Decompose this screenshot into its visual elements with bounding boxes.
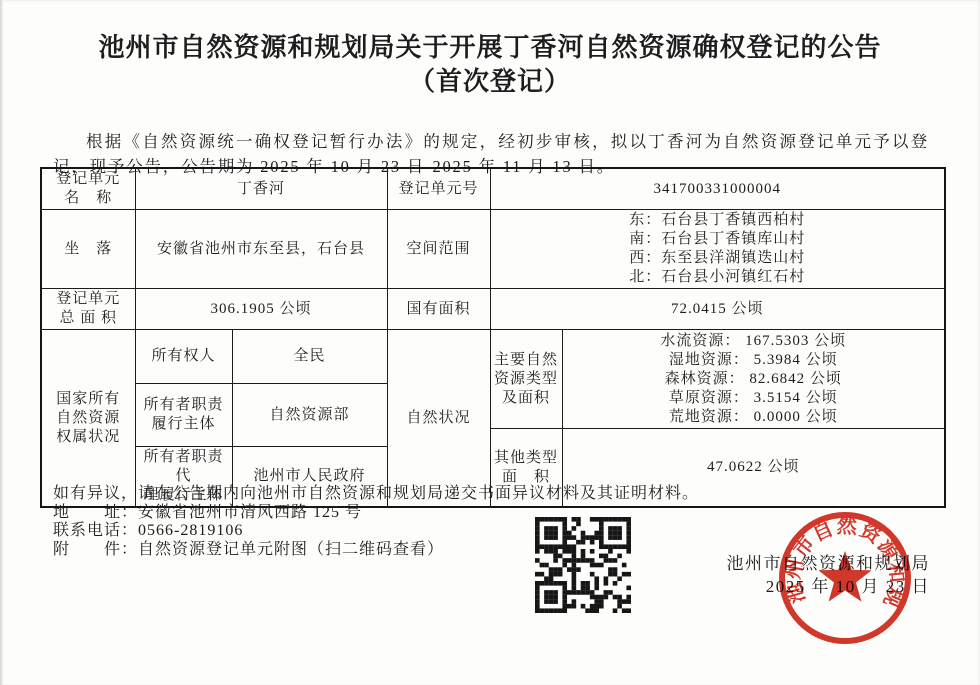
svg-text:池州市自然资源和规划局: 池州市自然资源和规划局 [770, 503, 910, 612]
phone-value: 0566-2819106 [138, 522, 243, 539]
unit-name-label-cell: 登记单元 名 称 [41, 168, 135, 210]
phone-line: 联系电话：0566-2819106 [53, 522, 753, 541]
title-line-1: 池州市自然资源和规划局关于开展丁香河自然资源确权登记的公告 [0, 31, 980, 65]
ownership-section-label-cell: 国家所有 自然资源 权属状况 [41, 330, 135, 508]
official-seal: 池州市自然资源和规划局 [770, 503, 920, 653]
attachment-label: 附 件： [53, 541, 138, 558]
unit-no-value-cell: 341700331000004 [490, 168, 945, 210]
objection-line: 如有异议，请在公告期内向池州市自然资源和规划局递交书面异议材料及其证明材料。 [53, 485, 753, 504]
total-area-value-cell: 306.1905 公顷 [135, 289, 387, 330]
unit-name-value-cell: 丁香河 [135, 168, 387, 210]
duty-value-cell: 自然资源部 [232, 384, 387, 447]
resources-label-cell: 主要自然 资源类型 及面积 [490, 330, 562, 429]
footer-contact-block: 如有异议，请在公告期内向池州市自然资源和规划局递交书面异议材料及其证明材料。 地… [53, 485, 753, 559]
seal-star-icon [818, 551, 871, 602]
announcement-title: 池州市自然资源和规划局关于开展丁香河自然资源确权登记的公告 （首次登记） [0, 31, 980, 99]
location-value-cell: 安徽省池州市东至县，石台县 [135, 210, 387, 289]
location-label-cell: 坐 落 [41, 210, 135, 289]
state-area-label-cell: 国有面积 [387, 289, 490, 330]
phone-label: 联系电话： [53, 522, 138, 539]
nature-label-cell: 自然状况 [387, 330, 490, 508]
total-area-label-cell: 登记单元 总 面 积 [41, 289, 135, 330]
address-label: 地 址： [53, 504, 138, 521]
owner-label-cell: 所有权人 [135, 330, 232, 384]
seal-arc-text: 池州市自然资源和规划局 [770, 503, 910, 612]
address-line: 地 址：安徽省池州市清风西路 125 号 [53, 504, 753, 523]
attachment-value: 自然资源登记单元附图（扫二维码查看） [138, 541, 444, 558]
state-area-value-cell: 72.0415 公顷 [490, 289, 945, 330]
spatial-value-cell: 东：石台县丁香镇西柏村 南：石台县丁香镇库山村 西：东至县洋湖镇迭山村 北：石台… [490, 210, 945, 289]
spatial-label-cell: 空间范围 [387, 210, 490, 289]
registration-table: 登记单元 名 称 丁香河 登记单元号 341700331000004 坐 落 安… [40, 167, 946, 508]
owner-value-cell: 全民 [232, 330, 387, 384]
title-line-2: （首次登记） [0, 65, 980, 99]
scanned-announcement-page: { "page": { "title_line1": "池州市自然资源和规划局关… [0, 0, 980, 685]
resources-value-cell: 水流资源： 167.5303 公顷 湿地资源： 5.3984 公顷 森林资源： … [562, 330, 945, 429]
unit-no-label-cell: 登记单元号 [387, 168, 490, 210]
address-value: 安徽省池州市清风西路 125 号 [138, 504, 362, 521]
duty-label-cell: 所有者职责 履行主体 [135, 384, 232, 447]
